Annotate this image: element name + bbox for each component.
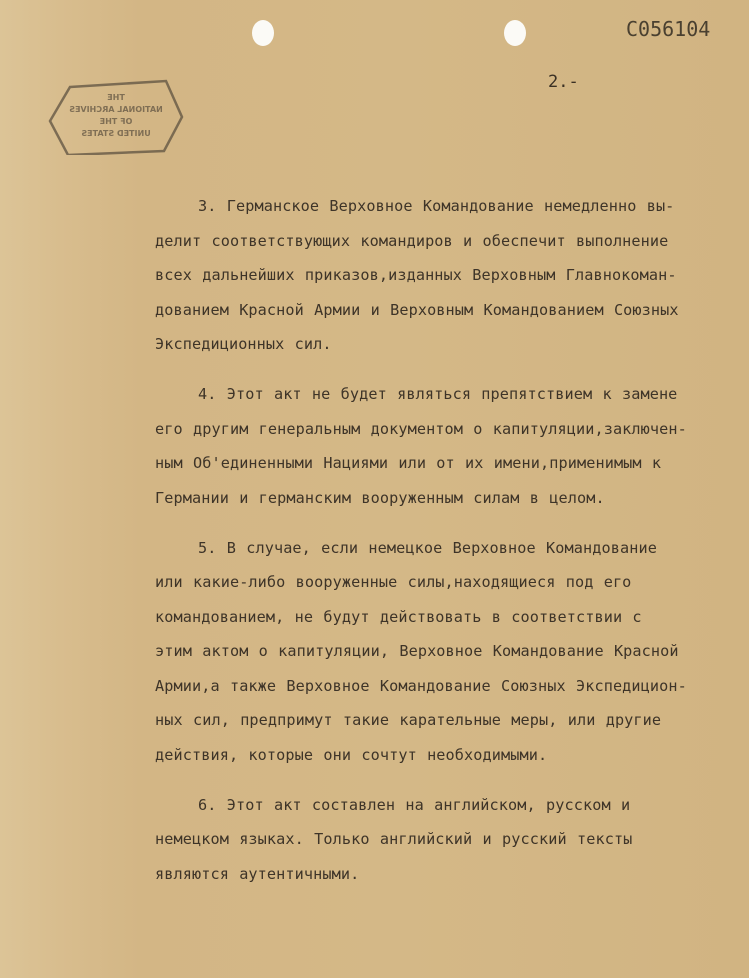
text-line: всех дальнейших приказов,изданных Верхов… [155, 258, 735, 293]
archive-stamp: THE NATIONAL ARCHIVES OF THE UNITED STAT… [48, 79, 184, 155]
text-line: 5. В случае, если немецкое Верховное Ком… [155, 531, 735, 566]
text-line: делит соответствующих командиров и обесп… [155, 224, 735, 259]
page-number: 2.- [548, 72, 579, 92]
stamp-line: UNITED STATES [48, 128, 184, 140]
paragraph-4: 4. Этот акт не будет являться препятстви… [155, 377, 735, 515]
text-line: немецком языках. Только английский и рус… [155, 822, 735, 857]
paragraph-5: 5. В случае, если немецкое Верховное Ком… [155, 531, 735, 773]
paragraph-3: 3. Германское Верховное Командование нем… [155, 189, 735, 362]
text-line: ных сил, предпримут такие карательные ме… [155, 703, 735, 738]
text-line: этим актом о капитуляции, Верховное Кома… [155, 634, 735, 669]
text-line: его другим генеральным документом о капи… [155, 412, 735, 447]
text-line: командованием, не будут действовать в со… [155, 600, 735, 635]
stamp-line: THE [48, 92, 184, 104]
paragraph-6: 6. Этот акт составлен на английском, рус… [155, 788, 735, 892]
document-page: C056104 2.- THE NATIONAL ARCHIVES OF THE… [0, 0, 749, 978]
document-body: 3. Германское Верховное Командование нем… [155, 189, 735, 907]
text-line: 6. Этот акт составлен на английском, рус… [155, 788, 735, 823]
text-line: Германии и германским вооруженным силам … [155, 481, 735, 516]
punch-hole [252, 20, 274, 46]
stamp-line: NATIONAL ARCHIVES [48, 104, 184, 116]
punch-hole [504, 20, 526, 46]
stamp-line: OF THE [48, 116, 184, 128]
text-line: являются аутентичными. [155, 857, 735, 892]
document-number: C056104 [626, 17, 710, 41]
text-line: или какие-либо вооруженные силы,находящи… [155, 565, 735, 600]
text-line: 4. Этот акт не будет являться препятстви… [155, 377, 735, 412]
text-line: дованием Красной Армии и Верховным Коман… [155, 293, 735, 328]
stamp-text: THE NATIONAL ARCHIVES OF THE UNITED STAT… [48, 92, 184, 140]
text-line: ным Об'единенными Нациями или от их имен… [155, 446, 735, 481]
text-line: Армии,а также Верховное Командование Сою… [155, 669, 735, 704]
text-line: Экспедиционных сил. [155, 327, 735, 362]
text-line: действия, которые они сочтут необходимым… [155, 738, 735, 773]
text-line: 3. Германское Верховное Командование нем… [155, 189, 735, 224]
